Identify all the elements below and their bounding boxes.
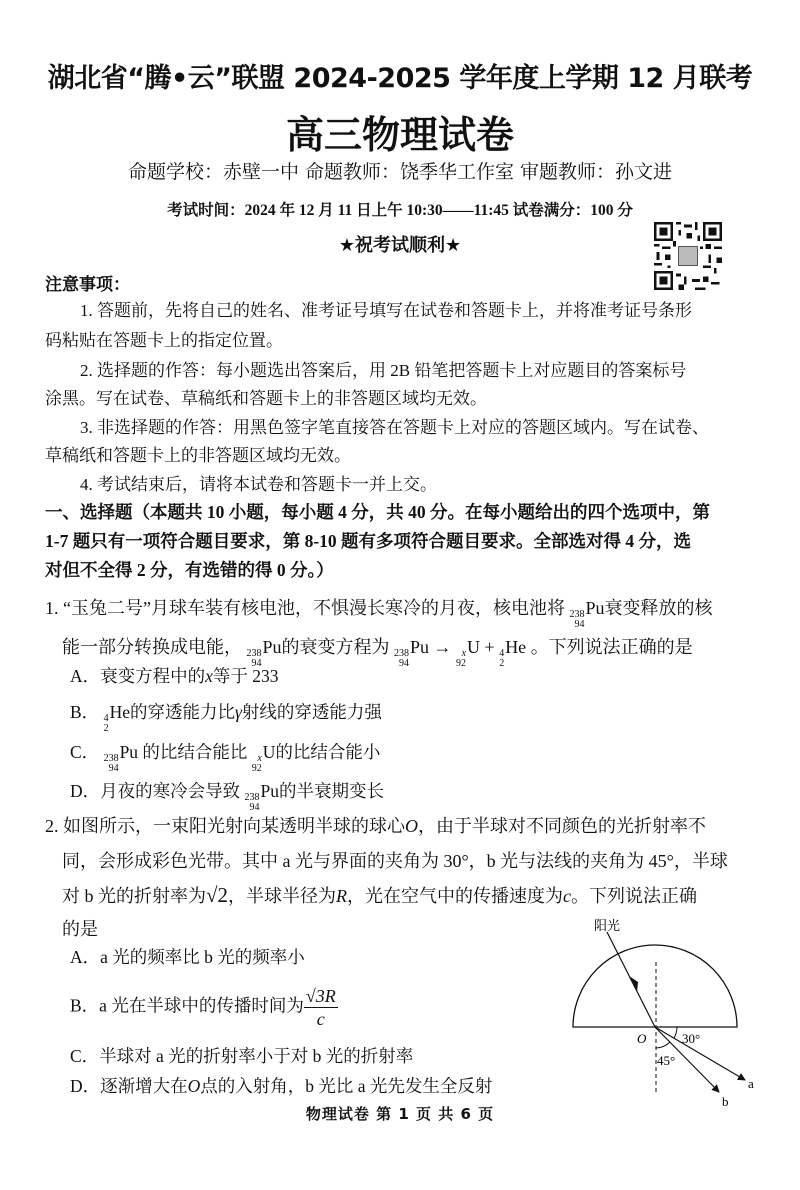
note-line: 码粘贴在答题卡上的指定位置。 bbox=[45, 326, 283, 351]
q2-stem-line2: 同，会形成彩色光带。其中 a 光与界面的夹角为 30°，b 光与法线的夹角为 4… bbox=[62, 847, 728, 873]
incident-arrow-icon bbox=[629, 976, 638, 992]
section-line: 对但不全得 2 分，有选错的得 0 分。） bbox=[45, 557, 334, 582]
angle-label-30: 30° bbox=[682, 1031, 700, 1046]
notes-heading: 注意事项： bbox=[45, 270, 130, 295]
q2-option-a[interactable]: A．a 光的频率比 b 光的频率小 bbox=[70, 944, 305, 969]
nuclide-pu238: 23894Pu bbox=[569, 598, 604, 630]
q1-option-c[interactable]: C． 23894Pu 的比结合能比 x92U的比结合能小 bbox=[70, 739, 380, 774]
ray-a-label: a bbox=[748, 1076, 754, 1091]
q2-option-d[interactable]: D．逐渐增大在O点的入射角，b 光比 a 光先发生全反射 bbox=[70, 1073, 492, 1098]
q2-stem-line3: 对 b 光的折射率为√2，半球半径为R，光在空气中的传播速度为c。下列说法正确 bbox=[62, 882, 697, 908]
hemisphere-outline bbox=[573, 945, 737, 1027]
q2-option-b[interactable]: B．a 光在半球中的传播时间为√3Rc bbox=[70, 985, 338, 1030]
angle-label-45: 45° bbox=[657, 1053, 675, 1068]
decay-equation: 23894Pu → x92U + 42He bbox=[394, 637, 531, 657]
q1-option-a[interactable]: A．衰变方程中的x等于 233 bbox=[70, 663, 279, 688]
refraction-diagram: 阳光 O 30° 45° a b bbox=[560, 910, 800, 1110]
note-line: 3. 非选择题的作答：用黑色签字笔直接答在答题卡上对应的答题区域内。写在试卷、 bbox=[80, 413, 709, 438]
authors-line: 命题学校：赤壁一中 命题教师：饶季华工作室 审题教师：孙文进 bbox=[0, 157, 800, 184]
sunlight-label: 阳光 bbox=[594, 918, 620, 934]
center-label: O bbox=[637, 1031, 647, 1046]
exam-info-line: 考试时间：2024 年 12 月 11 日上午 10:30——11:45 试卷满… bbox=[0, 198, 800, 220]
q1-option-b[interactable]: B． 42He的穿透能力比γ射线的穿透能力强 bbox=[70, 699, 382, 734]
angle-arc-30 bbox=[674, 1027, 677, 1038]
note-line: 4. 考试结束后，请将本试卷和答题卡一并上交。 bbox=[80, 470, 437, 495]
section-line: 一、选择题（本题共 10 小题，每小题 4 分，共 40 分。在每小题给出的四个… bbox=[45, 499, 710, 524]
note-line: 1. 答题前，先将自己的姓名、准考证号填写在试卷和答题卡上，并将准考证号条形 bbox=[80, 296, 692, 321]
qr-code-icon bbox=[654, 222, 722, 290]
q2-option-c[interactable]: C．半球对 a 光的折射率小于对 b 光的折射率 bbox=[70, 1043, 413, 1068]
note-line: 涂黑。写在试卷、草稿纸和答题卡上的非答题区域均无效。 bbox=[45, 384, 487, 409]
angle-arc-45 bbox=[656, 1042, 670, 1048]
page-footer: 物理试卷 第 1 页 共 6 页 bbox=[0, 1103, 800, 1124]
fraction-sqrt3R-over-c: √3Rc bbox=[304, 985, 338, 1030]
q1-option-d[interactable]: D．月夜的寒冷会导致 23894Pu的半衰期变长 bbox=[70, 778, 384, 813]
q2-stem-line1: 2. 如图所示，一束阳光射向某透明半球的球心O，由于半球对不同颜色的光折射率不 bbox=[45, 812, 706, 838]
q1-stem-line1: 1. “玉兔二号”月球车装有核电池，不惧漫长寒冷的月夜，核电池将 23894Pu… bbox=[45, 594, 713, 630]
subject-title: 高三物理试卷 bbox=[0, 104, 800, 159]
note-line: 草稿纸和答题卡上的非答题区域均无效。 bbox=[45, 441, 351, 466]
section-line: 1-7 题只有一项符合题目要求，第 8-10 题有多项符合题目要求。全部选对得 … bbox=[45, 528, 691, 553]
note-line: 2. 选择题的作答：每小题选出答案后，用 2B 铅笔把答题卡上对应题目的答案标号 bbox=[80, 356, 686, 381]
q2-stem-line4: 的是 bbox=[62, 915, 98, 941]
exam-title: 湖北省“腾•云”联盟 2024-2025 学年度上学期 12 月联考 bbox=[0, 56, 800, 95]
